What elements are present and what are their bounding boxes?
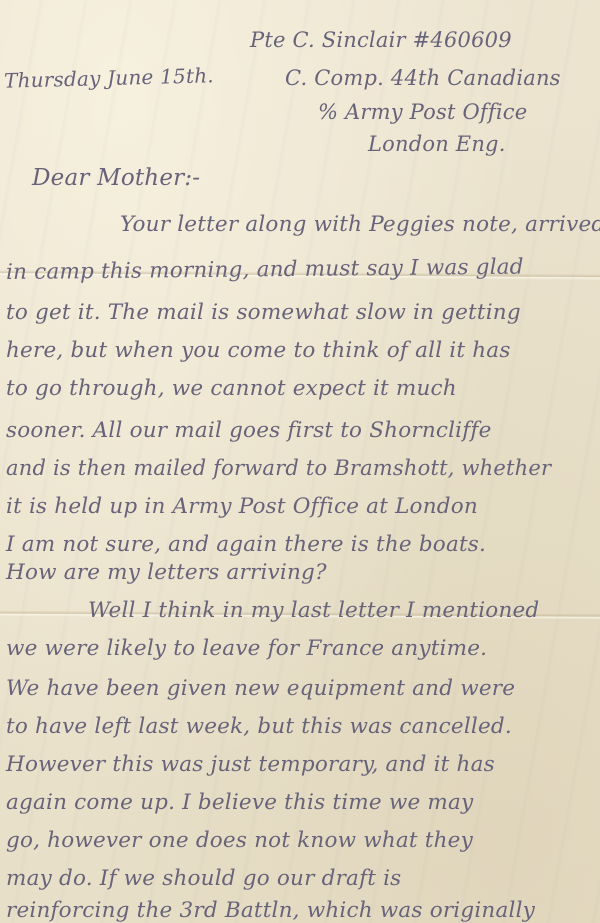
letter-date: Thursday June 15th. (4, 63, 214, 92)
address-line-post-office: % Army Post Office (318, 100, 527, 124)
address-line-city: London Eng. (368, 132, 506, 156)
body-line: reinforcing the 3rd Battln, which was or… (6, 898, 535, 923)
body-line: and is then mailed forward to Bramshott,… (6, 456, 551, 480)
body-line: go, however one does not know what they (6, 828, 473, 853)
body-line: we were likely to leave for France anyti… (6, 636, 487, 661)
body-line: to have left last week, but this was can… (6, 714, 512, 739)
body-line: However this was just temporary, and it … (6, 752, 495, 777)
body-line: in camp this morning, and must say I was… (6, 255, 524, 285)
body-line: Well I think in my last letter I mention… (88, 598, 539, 623)
address-line-unit: C. Comp. 44th Canadians (285, 66, 561, 90)
body-line: We have been given new equipment and wer… (6, 676, 515, 701)
body-line: again come up. I believe this time we ma… (6, 790, 473, 815)
body-line: How are my letters arriving? (6, 560, 327, 585)
body-line: may do. If we should go our draft is (6, 866, 401, 891)
address-line-name: Pte C. Sinclair #460609 (250, 28, 512, 52)
body-line: sooner. All our mail goes first to Shorn… (6, 418, 492, 443)
letter-page: Thursday June 15th. Pte C. Sinclair #460… (0, 0, 600, 923)
body-line: it is held up in Army Post Office at Lon… (6, 494, 478, 519)
body-line: here, but when you come to think of all … (6, 338, 511, 363)
letter-salutation: Dear Mother:- (32, 165, 200, 191)
body-line: to get it. The mail is somewhat slow in … (6, 300, 521, 325)
body-line: I am not sure, and again there is the bo… (6, 532, 486, 557)
body-line: Your letter along with Peggies note, arr… (120, 212, 600, 237)
body-line: to go through, we cannot expect it much (6, 376, 457, 401)
